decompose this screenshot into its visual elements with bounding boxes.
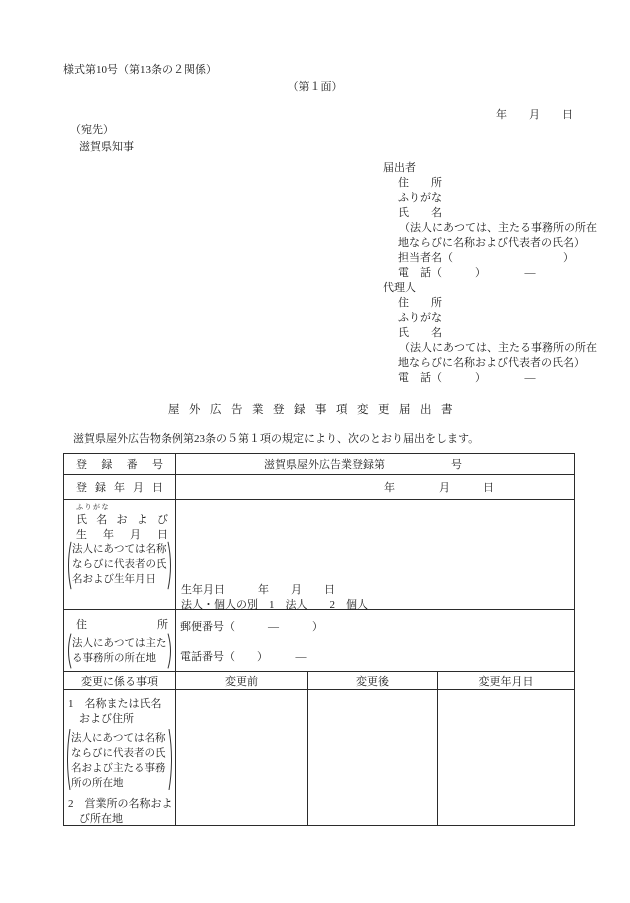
change-corporate-note-line3: 名および主たる事務	[71, 763, 166, 775]
registration-date-value: 年 月 日	[384, 479, 494, 495]
registration-date-label: 登録年月日	[76, 479, 163, 495]
registration-number-value-cell: 滋賀県屋外広告業登録第 号	[176, 454, 574, 475]
registration-number-label: 登録番号	[76, 456, 163, 472]
change-item1-line2: および住所	[68, 713, 134, 726]
agent-corporate-note-line1: （法人にあつては、主たる事務所の所在	[399, 342, 597, 355]
addressee-label: （宛先）	[70, 124, 114, 137]
change-corporate-note-line2: ならびに代表者の氏	[71, 748, 166, 760]
agent-name-label: 氏 名	[398, 327, 442, 340]
change-before-value-cell	[176, 690, 308, 825]
change-after-header-cell: 変更後	[308, 672, 438, 690]
declarant-name-label: 氏 名	[398, 207, 442, 220]
declarant-contact-person: 担当者名（ ）	[398, 252, 574, 265]
name-dob-label-line1: 氏名および	[76, 514, 168, 527]
big-right-paren-icon	[167, 633, 174, 669]
big-left-paren-icon	[64, 728, 71, 791]
address-value-cell: 郵便番号（ ― ） 電話番号（ ） ―	[176, 610, 574, 672]
form-number: 様式第10号（第13条の２関係）	[63, 64, 217, 77]
declarant-corporate-note-line2: 地ならびに名称および代表者の氏名）	[398, 237, 585, 250]
agent-furigana-label: ふりがな	[398, 312, 442, 325]
agent-corporate-note-line2: 地ならびに名称および代表者の氏名）	[398, 357, 585, 370]
name-dob-label-line2: 生年月日	[76, 529, 168, 542]
change-item2-line1: 2 営業所の名称およ	[68, 798, 173, 811]
agent-telephone: 電 話（ ） ―	[398, 372, 536, 385]
change-date-value-cell	[438, 690, 574, 825]
big-left-paren-icon	[65, 633, 72, 669]
form-page: 様式第10号（第13条の２関係） （第１面） 年 月 日 （宛先） 滋賀県知事 …	[0, 0, 630, 903]
change-item-header-cell: 変更に係る事項	[64, 672, 176, 690]
name-dob-value-cell: 生年月日 年 月 日 法人・個人の別 1 法人 2 個人	[176, 500, 574, 610]
change-item-header: 変更に係る事項	[81, 673, 158, 689]
address-corporate-note-line1: 法人にあつては主た	[72, 638, 167, 650]
document-title: 屋外広告業登録事項変更届出書	[0, 404, 630, 417]
change-after-value-cell	[308, 690, 438, 825]
address-corporate-note-line2: る事務所の所在地	[72, 653, 156, 665]
declarant-telephone: 電 話（ ） ―	[398, 267, 536, 280]
change-before-header: 変更前	[225, 673, 258, 689]
address-label: 住所	[76, 619, 168, 632]
agent-address-label: 住 所	[398, 297, 442, 310]
name-dob-furigana: ふりがな	[76, 503, 110, 511]
page-marker: （第１面）	[0, 81, 630, 94]
date-blank: 年 月 日	[496, 109, 573, 122]
phone-number-row: 電話番号（ ） ―	[180, 651, 307, 664]
change-items-cell: 1 名称または氏名 および住所 法人にあつては名称 ならびに代表者の氏 名および…	[64, 690, 176, 825]
declarant-furigana-label: ふりがな	[398, 192, 442, 205]
name-dob-label-cell: ふりがな 氏名および 生年月日 法人にあつては名称 ならびに代表者の氏 名および…	[64, 500, 176, 610]
registration-number-label-cell: 登録番号	[64, 454, 176, 475]
registration-number-value: 滋賀県屋外広告業登録第 号	[264, 456, 462, 472]
big-right-paren-icon	[168, 728, 175, 791]
intro-sentence: 滋賀県屋外広告物条例第23条の５第１項の規定により、次のとおり届出をします。	[73, 433, 479, 446]
registration-table: 登録番号 滋賀県屋外広告業登録第 号 登録年月日 年 月 日 ふりがな 氏名およ…	[63, 453, 575, 826]
postal-code-row: 郵便番号（ ― ）	[180, 621, 323, 634]
name-dob-corporate-note-line3: 名および生年月日	[72, 574, 156, 586]
change-item2-line2: び所在地	[68, 813, 123, 826]
declarant-corporate-note-line1: （法人にあつては、主たる事務所の所在	[399, 222, 597, 235]
registration-date-label-cell: 登録年月日	[64, 475, 176, 500]
dob-row: 生年月日 年 月 日	[181, 584, 335, 597]
big-right-paren-icon	[167, 541, 174, 590]
declarant-heading: 届出者	[383, 162, 416, 175]
address-label-cell: 住所 法人にあつては主た る事務所の所在地	[64, 610, 176, 672]
big-left-paren-icon	[65, 541, 72, 590]
change-corporate-note-line1: 法人にあつては名称	[71, 733, 166, 745]
declarant-address-label: 住 所	[398, 177, 442, 190]
change-corporate-note-line4: 所の所在地	[71, 778, 124, 790]
registration-date-value-cell: 年 月 日	[176, 475, 574, 500]
change-date-header-cell: 変更年月日	[438, 672, 574, 690]
change-date-header: 変更年月日	[479, 673, 534, 689]
change-item1-line1: 1 名称または氏名	[68, 698, 162, 711]
agent-heading: 代理人	[383, 282, 416, 295]
name-dob-corporate-note-line1: 法人にあつては名称	[72, 544, 167, 556]
addressee-name: 滋賀県知事	[79, 141, 134, 154]
change-before-header-cell: 変更前	[176, 672, 308, 690]
change-after-header: 変更後	[356, 673, 389, 689]
name-dob-corporate-note-line2: ならびに代表者の氏	[72, 559, 167, 571]
